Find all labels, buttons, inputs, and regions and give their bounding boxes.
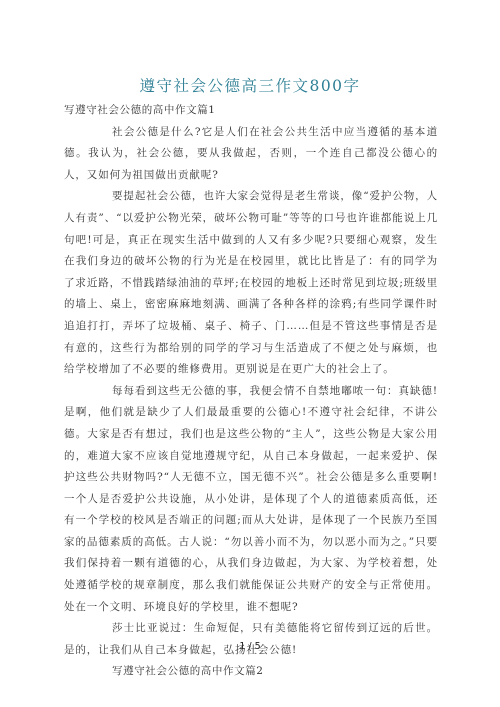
- page-indicator: 1 / 5: [0, 641, 500, 652]
- document-title: 遵守社会公德高三作文800字: [0, 74, 500, 96]
- section-heading-1: 写遵守社会公德的高中作文篇1: [64, 100, 438, 122]
- document-body: 写遵守社会公德的高中作文篇1 社会公德是什么?它是人们在社会公共生活中应当遵循的…: [64, 100, 438, 683]
- paragraph: 每每看到这些无公德的事，我便会情不自禁地嘟哝一句：真缺德!是啊，他们就是缺少了人…: [64, 381, 438, 619]
- document-page: 遵守社会公德高三作文800字 写遵守社会公德的高中作文篇1 社会公德是什么?它是…: [0, 0, 500, 707]
- paragraph: 莎士比亚说过：生命短促，只有美德能将它留传到辽远的后世。是的，让我们从自己本身做…: [64, 618, 438, 661]
- section-heading-2: 写遵守社会公德的高中作文篇2: [64, 661, 438, 683]
- paragraph: 要提起社会公德，也许大家会觉得是老生常谈，像“爱护公物，人人有责”、“以爱护公物…: [64, 186, 438, 380]
- paragraph: 社会公德是什么?它是人们在社会公共生活中应当遵循的基本道德。我认为，社会公德，要…: [64, 122, 438, 187]
